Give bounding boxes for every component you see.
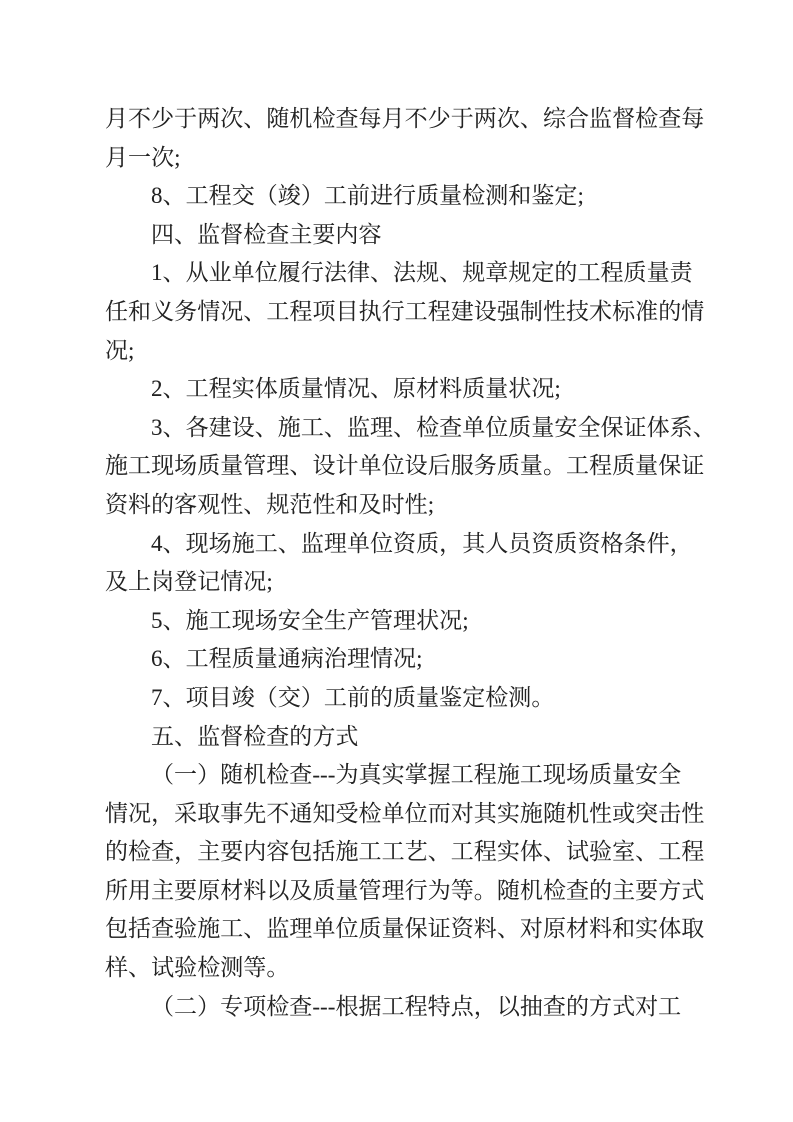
- text-line: 4、现场施工、监理单位资质，其人员资质资格条件，: [105, 525, 725, 564]
- text-line: 包括查验施工、监理单位质量保证资料、对原材料和实体取: [105, 910, 725, 949]
- text-line: 样、试验检测等。: [105, 949, 725, 988]
- scanned-document: { "page": { "background_color": "#ffffff…: [0, 0, 793, 1122]
- text-line: 3、各建设、施工、监理、检查单位质量安全保证体系、: [105, 409, 725, 448]
- text-line: 及上岗登记情况;: [105, 563, 725, 602]
- text-line: 月一次;: [105, 139, 725, 178]
- text-line: 2、工程实体质量情况、原材料质量状况;: [105, 370, 725, 409]
- document-page: 月不少于两次、随机检查每月不少于两次、综合监督检查每月一次;8、工程交（竣）工前…: [0, 0, 793, 1122]
- text-line: 任和义务情况、工程项目执行工程建设强制性技术标准的情: [105, 293, 725, 332]
- text-line: 月不少于两次、随机检查每月不少于两次、综合监督检查每: [105, 100, 725, 139]
- text-line: 1、从业单位履行法律、法规、规章规定的工程质量责: [105, 254, 725, 293]
- text-line: 况;: [105, 332, 725, 371]
- text-line: 6、工程质量通病治理情况;: [105, 640, 725, 679]
- text-line: 7、项目竣（交）工前的质量鉴定检测。: [105, 679, 725, 718]
- text-line: 所用主要原材料以及质量管理行为等。随机检查的主要方式: [105, 872, 725, 911]
- text-line: 施工现场质量管理、设计单位设后服务质量。工程质量保证: [105, 447, 725, 486]
- heading-line: 五、监督检查的方式: [105, 718, 725, 757]
- text-line: 8、工程交（竣）工前进行质量检测和鉴定;: [105, 177, 725, 216]
- heading-line: 四、监督检查主要内容: [105, 216, 725, 255]
- text-line: 5、施工现场安全生产管理状况;: [105, 602, 725, 641]
- text-line: （二）专项检查---根据工程特点，以抽查的方式对工: [105, 988, 725, 1027]
- document-text-block: 月不少于两次、随机检查每月不少于两次、综合监督检查每月一次;8、工程交（竣）工前…: [105, 100, 725, 1026]
- text-line: 情况，采取事先不通知受检单位而对其实施随机性或突击性: [105, 795, 725, 834]
- text-line: 资料的客观性、规范性和及时性;: [105, 486, 725, 525]
- text-line: （一）随机检查---为真实掌握工程施工现场质量安全: [105, 756, 725, 795]
- text-line: 的检查，主要内容包括施工工艺、工程实体、试验室、工程: [105, 833, 725, 872]
